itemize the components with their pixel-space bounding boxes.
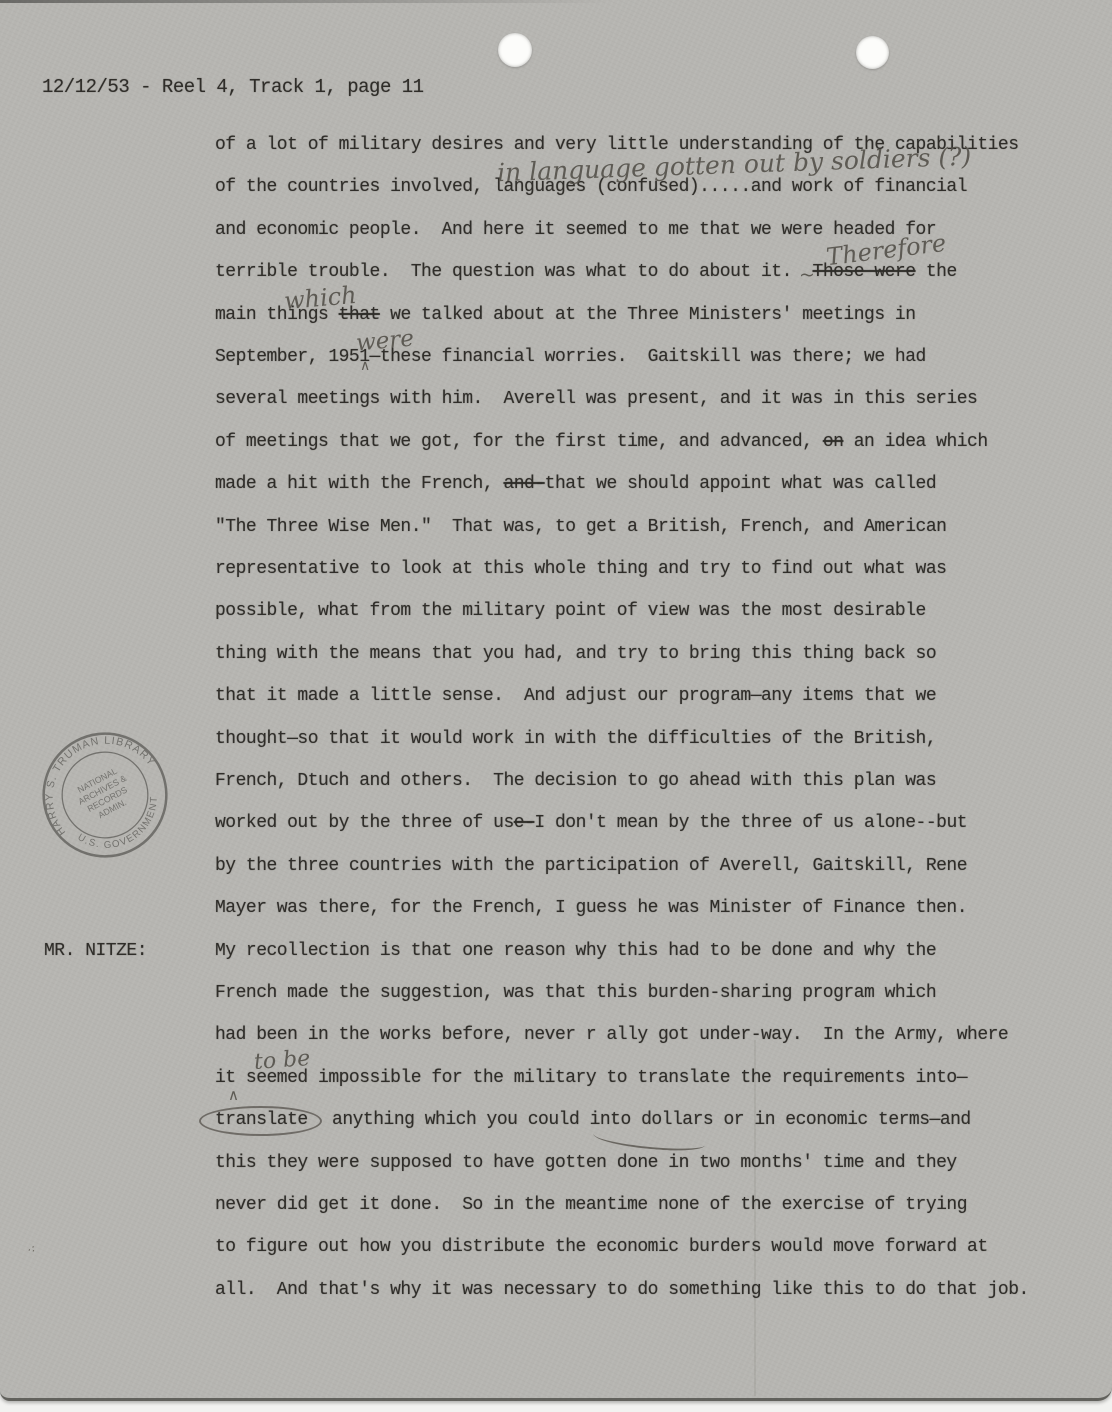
typed-text: "The Three Wise Men." That was, to get a… — [215, 517, 946, 537]
typed-line: and economic people. And here it seemed … — [215, 220, 936, 240]
speaker-label: MR. NITZE: — [44, 941, 147, 961]
typed-text: French made the suggestion, was that thi… — [215, 983, 936, 1003]
hole-punch-right — [856, 36, 889, 69]
typed-text: and economic people. And here it seemed … — [215, 220, 936, 240]
typed-text: had been in the works before, never r al… — [215, 1025, 1008, 1045]
handwritten-annotation: ∧ — [228, 1086, 239, 1104]
hole-punch-left — [498, 33, 532, 67]
typed-text: an idea which — [843, 432, 987, 452]
typed-line: French, Dtuch and others. The decision t… — [215, 771, 936, 791]
typed-line: thing with the means that you had, and t… — [215, 644, 936, 664]
typed-text: several meetings with him. Averell was p… — [215, 389, 977, 409]
typed-text: possible, what from the military point o… — [215, 601, 926, 621]
typed-text: made a hit with the French, — [215, 474, 503, 494]
typed-text: My recollection is that one reason why t… — [215, 941, 936, 961]
scanned-document-page: 12/12/53 - Reel 4, Track 1, page 11 MR. … — [0, 0, 1112, 1412]
handwritten-annotation: to be — [253, 1046, 311, 1075]
typed-text: thing with the means that you had, and t… — [215, 644, 936, 664]
circled-text: translate — [199, 1106, 322, 1136]
typed-line: Mayer was there, for the French, I guess… — [215, 898, 967, 918]
typed-text: to figure out how you distribute the eco… — [215, 1237, 988, 1257]
struck-text: e- — [514, 813, 535, 833]
typed-line: to figure out how you distribute the eco… — [215, 1237, 988, 1257]
page-header: 12/12/53 - Reel 4, Track 1, page 11 — [42, 76, 424, 98]
typed-line: made a hit with the French, and-that we … — [215, 474, 936, 494]
typed-line: "The Three Wise Men." That was, to get a… — [215, 517, 946, 537]
typed-text: worked out by the three of us — [215, 813, 514, 833]
typed-text: it seemed impossible for the military to… — [215, 1068, 967, 1088]
typed-text: that it made a little sense. And adjust … — [215, 686, 936, 706]
typed-text: French, Dtuch and others. The decision t… — [215, 771, 936, 791]
typed-text: terrible trouble. The question was what … — [215, 262, 813, 282]
typed-line: had been in the works before, never r al… — [215, 1025, 1008, 1045]
struck-text: and- — [503, 474, 544, 494]
typed-text: this they were supposed to have gotten d… — [215, 1153, 957, 1173]
typed-text: all. And that's why it was necessary to … — [215, 1280, 1029, 1300]
typed-line: of meetings that we got, for the first t… — [215, 432, 988, 452]
handwritten-annotation: ~ — [799, 264, 815, 286]
typed-text: of meetings that we got, for the first t… — [215, 432, 823, 452]
typed-text: by the three countries with the particip… — [215, 856, 967, 876]
paper-crease — [754, 1040, 756, 1396]
typed-text: anything which you could into dollars or… — [322, 1110, 971, 1130]
typed-line: that it made a little sense. And adjust … — [215, 686, 936, 706]
typed-text: September, 1951—these financial worries.… — [215, 347, 926, 367]
typed-text: never did get it done. So in the meantim… — [215, 1195, 967, 1215]
typed-line: all. And that's why it was necessary to … — [215, 1280, 1029, 1300]
typed-line: My recollection is that one reason why t… — [215, 941, 936, 961]
handwritten-annotation: were — [355, 326, 415, 357]
typed-line: it seemed impossible for the military to… — [215, 1068, 967, 1088]
typed-line: never did get it done. So in the meantim… — [215, 1195, 967, 1215]
typed-line: September, 1951—these financial worries.… — [215, 347, 926, 367]
typed-text: thought—so that it would work in with th… — [215, 729, 936, 749]
typed-line: worked out by the three of use-I don't m… — [215, 813, 967, 833]
typed-line: thought—so that it would work in with th… — [215, 729, 936, 749]
typed-text: representative to look at this whole thi… — [215, 559, 946, 579]
typed-text: I don't mean by the three of us alone--b… — [534, 813, 967, 833]
typed-text: Mayer was there, for the French, I guess… — [215, 898, 967, 918]
struck-text: on — [823, 432, 844, 452]
typed-line: several meetings with him. Averell was p… — [215, 389, 977, 409]
handwritten-annotation: ∧ — [360, 358, 370, 374]
typed-line: this they were supposed to have gotten d… — [215, 1153, 957, 1173]
typed-text: the — [916, 262, 957, 282]
typed-line: representative to look at this whole thi… — [215, 559, 946, 579]
typed-line: by the three countries with the particip… — [215, 856, 967, 876]
typed-text: that we should appoint what was called — [545, 474, 936, 494]
typed-text: we talked about at the Three Ministers' … — [380, 305, 916, 325]
typed-line: French made the suggestion, was that thi… — [215, 983, 936, 1003]
typed-line: possible, what from the military point o… — [215, 601, 926, 621]
